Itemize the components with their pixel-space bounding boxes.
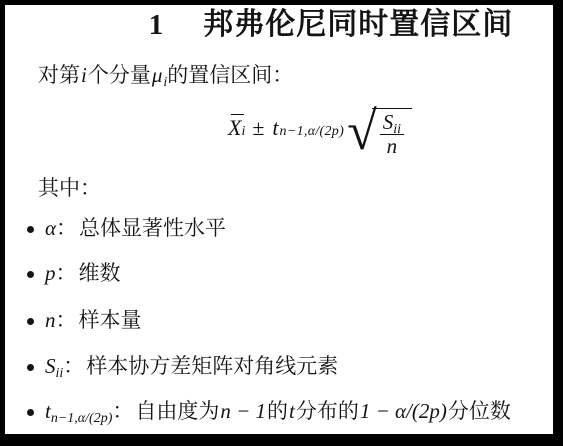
list-item-n: n： 样本量 [27,307,142,333]
list-item-alpha: α： 总体显著性水平 [27,215,226,241]
bullet-icon [27,318,34,325]
bullet-icon [27,226,34,233]
colon: ： [112,398,133,424]
bullet-icon [27,409,34,416]
term-letter: S [45,354,56,378]
desc-math: 1 − α/(2p) [359,399,448,423]
bullet-icon [27,271,34,278]
desc-text: 分布的 [296,399,359,423]
colon: ： [63,353,84,379]
list-item-p: p： 维数 [27,260,121,286]
term-symbol: Sii [45,353,63,379]
term-description: 总体显著性水平 [79,215,226,241]
term-description: 维数 [79,260,121,286]
term-description: 样本量 [79,307,142,333]
term-symbol: n [45,307,56,333]
list-item-t-quantile: tn−1,α/(2p)： 自由度为n − 1的t分布的1 − α/(2p)分位数 [27,398,511,424]
slide-frame: 1 邦弗伦尼同时置信区间 对第i个分量μi的置信区间： Xi±tn−1,α/(2… [0,0,563,446]
term-description: 样本协方差矩阵对角线元素 [86,353,338,379]
colon: ： [56,260,77,286]
term-subscript: ii [56,366,64,381]
colon: ： [56,215,77,241]
term-subscript: n−1,α/(2p) [51,411,113,426]
term-symbol: p [45,260,56,286]
term-symbol: tn−1,α/(2p) [45,398,112,424]
desc-math: n − 1 [219,399,267,423]
term-description: 自由度为n − 1的t分布的1 − α/(2p)分位数 [135,398,511,424]
term-symbol: α [45,215,56,241]
list-item-sii: Sii： 样本协方差矩阵对角线元素 [27,353,338,379]
colon: ： [56,307,77,333]
slide: 1 邦弗伦尼同时置信区间 对第i个分量μi的置信区间： Xi±tn−1,α/(2… [5,5,553,434]
desc-text: 的 [267,399,288,423]
desc-text: 分位数 [448,399,511,423]
desc-text: 自由度为 [135,399,219,423]
definition-list: α： 总体显著性水平 p： 维数 n： 样本量 Sii： 样本协方差矩阵对角线元… [5,5,553,434]
desc-math: t [288,399,296,423]
bullet-icon [27,364,34,371]
